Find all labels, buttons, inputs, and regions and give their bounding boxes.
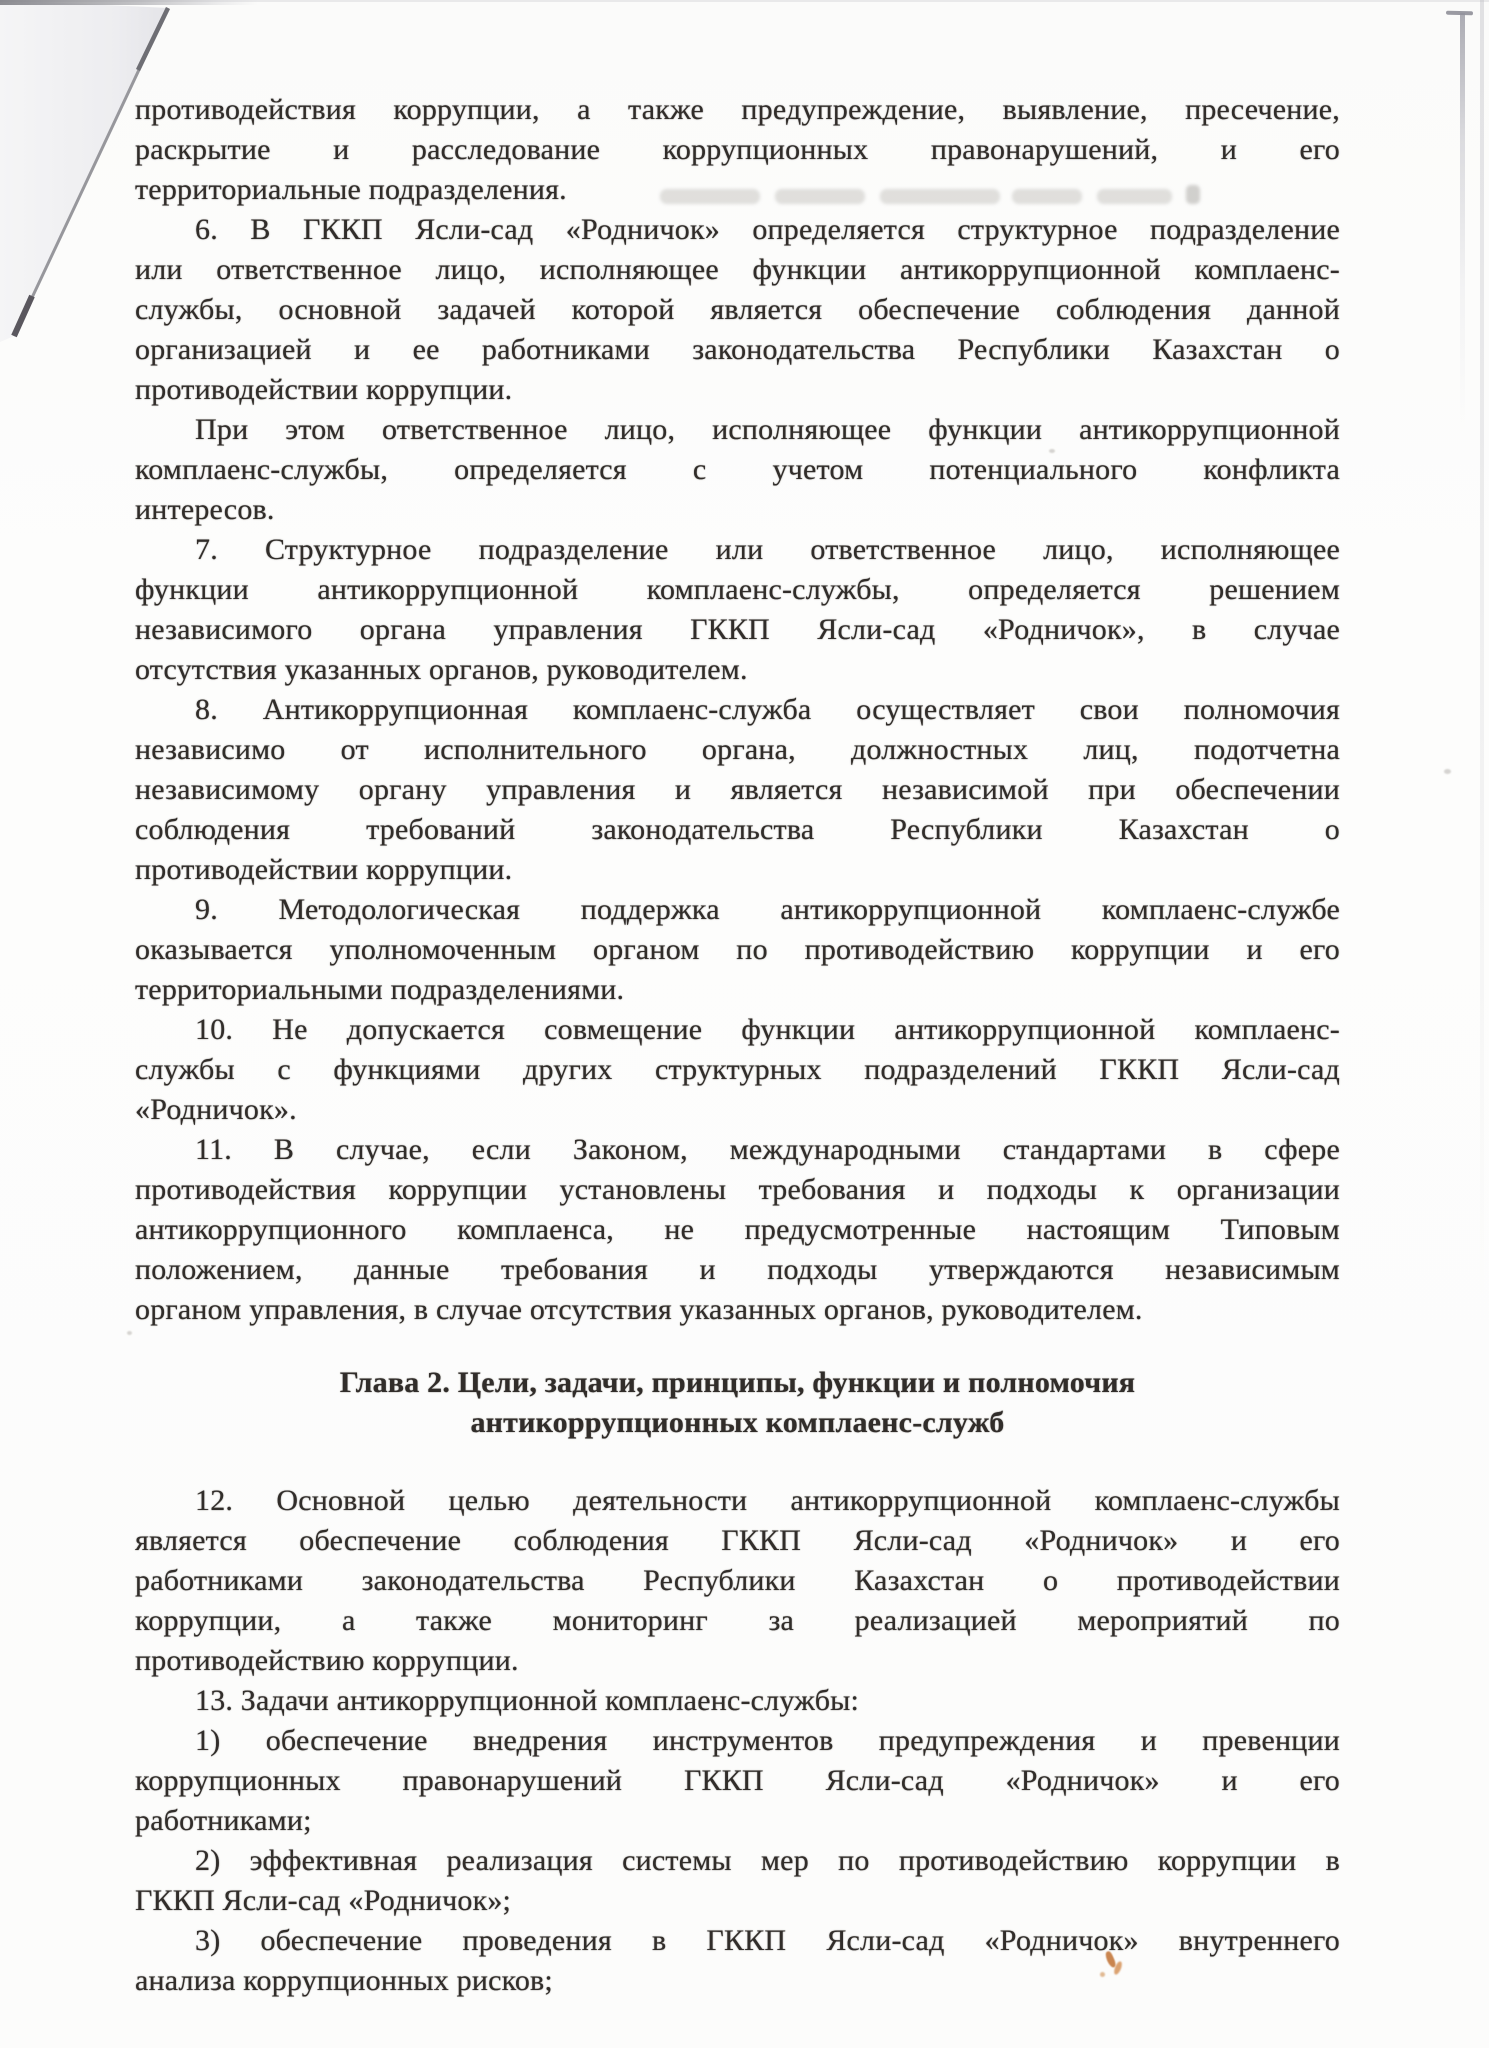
scan-edge-top-strip	[0, 0, 258, 5]
text-line: ГККП Ясли-сад «Родничок»;	[135, 1881, 1340, 1921]
scan-speck	[1444, 769, 1451, 774]
text-line: 12. Основной целью деятельности антикорр…	[135, 1481, 1340, 1521]
text-line: соблюдения требований законодательства Р…	[135, 810, 1340, 850]
text-line: независимому органу управления и являетс…	[135, 770, 1340, 810]
text-line: 10. Не допускается совмещение функции ан…	[135, 1010, 1340, 1050]
paragraph: 8. Антикоррупционная комплаенс-служба ос…	[135, 690, 1340, 890]
text-line: функции антикоррупционной комплаенс-служ…	[135, 570, 1340, 610]
text-line: 8. Антикоррупционная комплаенс-служба ос…	[135, 690, 1340, 730]
text-line: положением, данные требования и подходы …	[135, 1250, 1340, 1290]
paragraph: При этом ответственное лицо, исполняющее…	[135, 410, 1340, 530]
paragraph: 11. В случае, если Законом, международны…	[135, 1130, 1340, 1330]
text-line: 1) обеспечение внедрения инструментов пр…	[135, 1721, 1340, 1761]
scan-mark-top-right-vertical	[1460, 13, 1465, 433]
text-line: 11. В случае, если Законом, международны…	[135, 1130, 1340, 1170]
paragraph: 9. Методологическая поддержка антикорруп…	[135, 890, 1340, 1010]
text-line: противодействии коррупции.	[135, 850, 1340, 890]
text-line: При этом ответственное лицо, исполняющее…	[135, 410, 1340, 450]
paragraph: 10. Не допускается совмещение функции ан…	[135, 1010, 1340, 1130]
text-line: коррупционных правонарушений ГККП Ясли-с…	[135, 1761, 1340, 1801]
heading-line: антикоррупционных комплаенс-служб	[135, 1403, 1340, 1443]
text-line: территориальными подразделениями.	[135, 970, 1340, 1010]
text-line: органом управления, в случае отсутствия …	[135, 1290, 1340, 1330]
text-line: службы, основной задачей которой являетс…	[135, 290, 1340, 330]
text-line: 3) обеспечение проведения в ГККП Ясли-са…	[135, 1921, 1340, 1961]
text-line: противодействия коррупции установлены тр…	[135, 1170, 1340, 1210]
text-line: работниками;	[135, 1801, 1340, 1841]
text-line: организацией и ее работниками законодате…	[135, 330, 1340, 370]
heading-line: Глава 2. Цели, задачи, принципы, функции…	[135, 1363, 1340, 1403]
text-line: 2) эффективная реализация системы мер по…	[135, 1841, 1340, 1881]
text-line: 7. Структурное подразделение или ответст…	[135, 530, 1340, 570]
text-line: является обеспечение соблюдения ГККП Ясл…	[135, 1521, 1340, 1561]
text-line: анализа коррупционных рисков;	[135, 1961, 1340, 2001]
text-line: территориальные подразделения.	[135, 170, 1340, 210]
text-line: противодействии коррупции.	[135, 370, 1340, 410]
text-line: интересов.	[135, 490, 1340, 530]
text-line: 9. Методологическая поддержка антикорруп…	[135, 890, 1340, 930]
scan-mark-top-right-horizontal	[1446, 11, 1473, 16]
text-line: противодействия коррупции, а также преду…	[135, 90, 1340, 130]
paragraph: 7. Структурное подразделение или ответст…	[135, 530, 1340, 690]
scan-speck	[127, 1331, 132, 1335]
text-line: коррупции, а также мониторинг за реализа…	[135, 1601, 1340, 1641]
text-line: оказывается уполномоченным органом по пр…	[135, 930, 1340, 970]
paragraph: противодействия коррупции, а также преду…	[135, 90, 1340, 210]
text-line: 6. В ГККП Ясли-сад «Родничок» определяет…	[135, 210, 1340, 250]
scan-edge-top-hairline	[0, 0, 1489, 2]
text-line: 13. Задачи антикоррупционной комплаенс-с…	[135, 1681, 1340, 1721]
scanned-page: противодействия коррупции, а также преду…	[0, 0, 1489, 2048]
text-line: независимого органа управления ГККП Ясли…	[135, 610, 1340, 650]
text-line: отсутствия указанных органов, руководите…	[135, 650, 1340, 690]
paragraph: 13. Задачи антикоррупционной комплаенс-с…	[135, 1681, 1340, 1721]
paragraph: 1) обеспечение внедрения инструментов пр…	[135, 1721, 1340, 1841]
text-line: независимо от исполнительного органа, до…	[135, 730, 1340, 770]
text-line: раскрытие и расследование коррупционных …	[135, 130, 1340, 170]
scan-edge-right	[1480, 0, 1484, 1300]
text-line: или ответственное лицо, исполняющее функ…	[135, 250, 1340, 290]
paragraph: 3) обеспечение проведения в ГККП Ясли-са…	[135, 1921, 1340, 2001]
text-line: работниками законодательства Республики …	[135, 1561, 1340, 1601]
document-text: противодействия коррупции, а также преду…	[135, 90, 1340, 2001]
chapter-heading: Глава 2. Цели, задачи, принципы, функции…	[135, 1363, 1340, 1443]
text-line: противодействию коррупции.	[135, 1641, 1340, 1681]
text-line: комплаенс-службы, определяется с учетом …	[135, 450, 1340, 490]
paragraph: 12. Основной целью деятельности антикорр…	[135, 1481, 1340, 1681]
text-line: антикоррупционного комплаенса, не предус…	[135, 1210, 1340, 1250]
text-line: службы с функциями других структурных по…	[135, 1050, 1340, 1090]
paragraph: 2) эффективная реализация системы мер по…	[135, 1841, 1340, 1921]
paragraph: 6. В ГККП Ясли-сад «Родничок» определяет…	[135, 210, 1340, 410]
text-line: «Родничок».	[135, 1090, 1340, 1130]
